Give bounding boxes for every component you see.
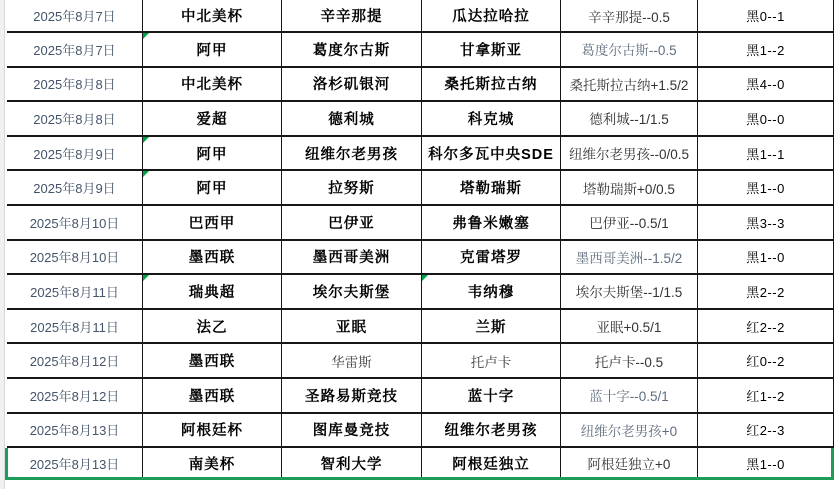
league-cell[interactable]: 瑞典超 (143, 275, 282, 308)
home-team-text: 智利大学 (321, 453, 383, 474)
home-team-cell[interactable]: 德利城 (282, 102, 422, 135)
result-text: 黑2--2 (746, 282, 785, 301)
home-team-text: 德利城 (328, 108, 375, 129)
away-team-text: 科克城 (468, 108, 515, 129)
handicap-text: 纽维尔老男孩--0/0.5 (569, 143, 689, 163)
away-team-cell[interactable]: 甘拿斯亚 (422, 33, 561, 66)
date-text: 2025年8月12日 (30, 386, 120, 405)
handicap-text: 埃尔夫斯堡--1/1.5 (576, 281, 683, 301)
handicap-cell[interactable]: 阿根廷独立+0 (561, 448, 698, 478)
away-team-cell[interactable]: 韦纳穆 (422, 275, 561, 308)
results-table: 2025年8月7日 中北美杯 辛辛那提 瓜达拉哈拉 辛辛那提--0.5 黑0--… (7, 0, 834, 478)
away-team-cell[interactable]: 兰斯 (422, 310, 561, 343)
home-team-cell[interactable]: 埃尔夫斯堡 (282, 275, 422, 308)
away-team-cell[interactable]: 纽维尔老男孩 (422, 414, 561, 447)
result-text: 黑1--0 (746, 178, 785, 197)
league-text: 爱超 (197, 108, 228, 129)
table-row: 2025年8月9日 阿甲 拉努斯 塔勒瑞斯 塔勒瑞斯+0/0.5 黑1--0 (7, 171, 834, 206)
league-cell[interactable]: 墨西联 (143, 241, 282, 274)
date-text: 2025年8月13日 (30, 420, 120, 439)
league-text: 中北美杯 (181, 73, 243, 94)
result-cell[interactable]: 黑0--0 (698, 102, 834, 135)
result-text: 黑0--1 (746, 6, 785, 25)
league-text: 瑞典超 (189, 281, 236, 302)
league-text: 南美杯 (189, 453, 236, 474)
away-team-text: 桑托斯拉古纳 (445, 73, 538, 94)
error-marker-icon (143, 275, 149, 281)
home-team-cell[interactable]: 拉努斯 (282, 171, 422, 204)
sheet-left-gutter (0, 0, 5, 489)
result-text: 黑1--0 (746, 454, 785, 473)
table-row: 2025年8月9日 阿甲 纽维尔老男孩 科尔多瓦中央SDE 纽维尔老男孩--0/… (7, 137, 834, 172)
handicap-text: 亚眠+0.5/1 (597, 316, 662, 336)
result-cell[interactable]: 黑4--0 (698, 68, 834, 101)
date-text: 2025年8月9日 (33, 144, 115, 163)
away-team-cell[interactable]: 蓝十字 (422, 379, 561, 412)
home-team-cell[interactable]: 墨西哥美洲 (282, 241, 422, 274)
home-team-text: 墨西哥美洲 (313, 246, 391, 267)
table-row: 2025年8月8日 爱超 德利城 科克城 德利城--1/1.5 黑0--0 (7, 102, 834, 137)
error-marker-icon (143, 33, 149, 39)
table-row: 2025年8月10日 墨西联 墨西哥美洲 克雷塔罗 墨西哥美洲--1.5/2 黑… (7, 241, 834, 276)
date-text: 2025年8月11日 (30, 282, 119, 301)
league-text: 阿根廷杯 (181, 419, 243, 440)
spreadsheet-view: 2025年8月7日 中北美杯 辛辛那提 瓜达拉哈拉 辛辛那提--0.5 黑0--… (0, 0, 838, 489)
date-cell[interactable]: 2025年8月9日 (7, 137, 143, 170)
handicap-text: 辛辛那提--0.5 (588, 6, 670, 26)
home-team-cell[interactable]: 华雷斯 (282, 344, 422, 377)
league-cell[interactable]: 巴西甲 (143, 206, 282, 239)
date-text: 2025年8月10日 (30, 247, 120, 266)
away-team-cell[interactable]: 阿根廷独立 (422, 448, 561, 478)
handicap-text: 德利城--1/1.5 (589, 108, 669, 128)
home-team-cell[interactable]: 纽维尔老男孩 (282, 137, 422, 170)
result-text: 红1--2 (746, 386, 785, 405)
league-cell[interactable]: 墨西联 (143, 344, 282, 377)
table-row: 2025年8月11日 瑞典超 埃尔夫斯堡 韦纳穆 埃尔夫斯堡--1/1.5 黑2… (7, 275, 834, 310)
result-cell[interactable]: 黑2--2 (698, 275, 834, 308)
handicap-text: 巴伊亚--0.5/1 (589, 212, 669, 232)
table-row: 2025年8月12日 墨西联 圣路易斯竞技 蓝十字 蓝十字--0.5/1 红1-… (7, 379, 834, 414)
result-text: 黑3--3 (746, 213, 785, 232)
result-text: 黑0--0 (746, 109, 785, 128)
table-row: 2025年8月10日 巴西甲 巴伊亚 弗鲁米嫩塞 巴伊亚--0.5/1 黑3--… (7, 206, 834, 241)
date-cell[interactable]: 2025年8月9日 (7, 171, 143, 204)
away-team-cell[interactable]: 桑托斯拉古纳 (422, 68, 561, 101)
table-row: 2025年8月13日 阿根廷杯 图库曼竞技 纽维尔老男孩 纽维尔老男孩+0 红2… (7, 414, 834, 449)
handicap-text: 蓝十字--0.5/1 (589, 385, 669, 405)
error-marker-icon (143, 171, 149, 177)
league-text: 法乙 (197, 316, 228, 337)
result-text: 红2--2 (746, 317, 785, 336)
table-row: 2025年8月13日 南美杯 智利大学 阿根廷独立 阿根廷独立+0 黑1--0 (7, 448, 834, 478)
result-cell[interactable]: 红2--2 (698, 310, 834, 343)
result-cell[interactable]: 红1--2 (698, 379, 834, 412)
date-text: 2025年8月13日 (30, 454, 120, 473)
home-team-cell[interactable]: 图库曼竞技 (282, 414, 422, 447)
league-text: 墨西联 (189, 350, 236, 371)
home-team-text: 图库曼竞技 (313, 419, 391, 440)
away-team-cell[interactable]: 科尔多瓦中央SDE (422, 137, 561, 170)
date-text: 2025年8月7日 (33, 40, 115, 59)
away-team-cell[interactable]: 托卢卡 (422, 344, 561, 377)
result-cell[interactable]: 黑1--2 (698, 33, 834, 66)
league-cell[interactable]: 南美杯 (143, 448, 282, 478)
table-row: 2025年8月7日 中北美杯 辛辛那提 瓜达拉哈拉 辛辛那提--0.5 黑0--… (7, 0, 834, 33)
table-row: 2025年8月12日 墨西联 华雷斯 托卢卡 托卢卡--0.5 红0--2 (7, 344, 834, 379)
handicap-text: 托卢卡--0.5 (595, 351, 663, 371)
away-team-text: 甘拿斯亚 (460, 39, 522, 60)
home-team-cell[interactable]: 洛杉矶银河 (282, 68, 422, 101)
date-cell[interactable]: 2025年8月7日 (7, 0, 143, 31)
result-text: 黑1--2 (746, 40, 785, 59)
selection-border-left (5, 448, 8, 478)
away-team-cell[interactable]: 瓜达拉哈拉 (422, 0, 561, 31)
date-cell[interactable]: 2025年8月8日 (7, 68, 143, 101)
handicap-cell[interactable]: 墨西哥美洲--1.5/2 (561, 241, 698, 274)
home-team-cell[interactable]: 巴伊亚 (282, 206, 422, 239)
home-team-text: 埃尔夫斯堡 (313, 281, 391, 302)
handicap-cell[interactable]: 托卢卡--0.5 (561, 344, 698, 377)
away-team-text: 纽维尔老男孩 (445, 419, 538, 440)
league-cell[interactable]: 法乙 (143, 310, 282, 343)
home-team-cell[interactable]: 圣路易斯竞技 (282, 379, 422, 412)
result-cell[interactable]: 黑0--1 (698, 0, 834, 31)
date-cell[interactable]: 2025年8月10日 (7, 241, 143, 274)
home-team-cell[interactable]: 智利大学 (282, 448, 422, 478)
league-cell[interactable]: 阿甲 (143, 137, 282, 170)
away-team-text: 阿根廷独立 (452, 453, 530, 474)
home-team-text: 辛辛那提 (321, 5, 383, 26)
away-team-text: 兰斯 (476, 316, 507, 337)
handicap-cell[interactable]: 纽维尔老男孩+0 (561, 414, 698, 447)
date-cell[interactable]: 2025年8月7日 (7, 33, 143, 66)
league-cell[interactable]: 墨西联 (143, 379, 282, 412)
result-text: 黑4--0 (746, 74, 785, 93)
away-team-text: 弗鲁米嫩塞 (452, 212, 530, 233)
handicap-cell[interactable]: 辛辛那提--0.5 (561, 0, 698, 31)
league-text: 巴西甲 (189, 212, 236, 233)
handicap-cell[interactable]: 葛度尔古斯--0.5 (561, 33, 698, 66)
home-team-text: 葛度尔古斯 (313, 39, 391, 60)
selection-border-bottom (5, 477, 834, 480)
date-text: 2025年8月10日 (30, 213, 120, 232)
league-cell[interactable]: 阿根廷杯 (143, 414, 282, 447)
result-text: 黑1--1 (746, 144, 785, 163)
date-cell[interactable]: 2025年8月11日 (7, 310, 143, 343)
league-cell[interactable]: 中北美杯 (143, 0, 282, 31)
league-cell[interactable]: 中北美杯 (143, 68, 282, 101)
away-team-cell[interactable]: 科克城 (422, 102, 561, 135)
handicap-cell[interactable]: 塔勒瑞斯+0/0.5 (561, 171, 698, 204)
league-text: 阿甲 (197, 39, 228, 60)
handicap-cell[interactable]: 纽维尔老男孩--0/0.5 (561, 137, 698, 170)
result-cell[interactable]: 黑1--0 (698, 171, 834, 204)
date-text: 2025年8月11日 (30, 317, 119, 336)
away-team-text: 托卢卡 (471, 351, 512, 371)
away-team-cell[interactable]: 弗鲁米嫩塞 (422, 206, 561, 239)
error-marker-icon (422, 275, 428, 281)
result-cell[interactable]: 红0--2 (698, 344, 834, 377)
home-team-text: 巴伊亚 (328, 212, 375, 233)
handicap-cell[interactable]: 埃尔夫斯堡--1/1.5 (561, 275, 698, 308)
result-text: 红0--2 (746, 351, 785, 370)
league-text: 中北美杯 (181, 5, 243, 26)
date-cell[interactable]: 2025年8月12日 (7, 379, 143, 412)
date-cell[interactable]: 2025年8月8日 (7, 102, 143, 135)
away-team-text: 蓝十字 (468, 385, 515, 406)
handicap-text: 纽维尔老男孩+0 (581, 420, 677, 440)
date-cell[interactable]: 2025年8月13日 (7, 448, 143, 478)
result-text: 黑1--0 (746, 247, 785, 266)
home-team-text: 纽维尔老男孩 (305, 143, 398, 164)
handicap-text: 阿根廷独立+0 (588, 453, 671, 473)
result-cell[interactable]: 红2--3 (698, 414, 834, 447)
league-text: 墨西联 (189, 385, 236, 406)
handicap-text: 塔勒瑞斯+0/0.5 (583, 178, 675, 198)
league-cell[interactable]: 阿甲 (143, 171, 282, 204)
away-team-text: 韦纳穆 (468, 281, 515, 302)
date-text: 2025年8月8日 (33, 74, 115, 93)
away-team-cell[interactable]: 塔勒瑞斯 (422, 171, 561, 204)
table-row: 2025年8月7日 阿甲 葛度尔古斯 甘拿斯亚 葛度尔古斯--0.5 黑1--2 (7, 33, 834, 68)
home-team-text: 拉努斯 (328, 177, 375, 198)
date-text: 2025年8月9日 (33, 178, 115, 197)
away-team-text: 克雷塔罗 (460, 246, 522, 267)
away-team-text: 瓜达拉哈拉 (452, 5, 530, 26)
home-team-cell[interactable]: 葛度尔古斯 (282, 33, 422, 66)
result-cell[interactable]: 黑1--0 (698, 448, 834, 478)
handicap-cell[interactable]: 亚眠+0.5/1 (561, 310, 698, 343)
result-cell[interactable]: 黑1--0 (698, 241, 834, 274)
away-team-text: 科尔多瓦中央SDE (428, 143, 554, 164)
home-team-text: 圣路易斯竞技 (305, 385, 398, 406)
selection-border-right (831, 448, 834, 478)
handicap-text: 墨西哥美洲--1.5/2 (576, 247, 683, 267)
handicap-cell[interactable]: 德利城--1/1.5 (561, 102, 698, 135)
table-row: 2025年8月11日 法乙 亚眠 兰斯 亚眠+0.5/1 红2--2 (7, 310, 834, 345)
league-text: 墨西联 (189, 246, 236, 267)
home-team-text: 洛杉矶银河 (313, 73, 391, 94)
date-text: 2025年8月7日 (33, 6, 115, 25)
table-row: 2025年8月8日 中北美杯 洛杉矶银河 桑托斯拉古纳 桑托斯拉古纳+1.5/2… (7, 68, 834, 103)
result-cell[interactable]: 黑1--1 (698, 137, 834, 170)
league-text: 阿甲 (197, 177, 228, 198)
home-team-text: 华雷斯 (331, 351, 372, 371)
handicap-text: 葛度尔古斯--0.5 (581, 39, 676, 59)
date-cell[interactable]: 2025年8月13日 (7, 414, 143, 447)
date-text: 2025年8月12日 (30, 351, 120, 370)
league-cell[interactable]: 爱超 (143, 102, 282, 135)
league-cell[interactable]: 阿甲 (143, 33, 282, 66)
home-team-cell[interactable]: 辛辛那提 (282, 0, 422, 31)
home-team-text: 亚眠 (336, 316, 367, 337)
league-text: 阿甲 (197, 143, 228, 164)
error-marker-icon (143, 137, 149, 143)
handicap-cell[interactable]: 桑托斯拉古纳+1.5/2 (561, 68, 698, 101)
handicap-cell[interactable]: 蓝十字--0.5/1 (561, 379, 698, 412)
handicap-text: 桑托斯拉古纳+1.5/2 (570, 74, 689, 94)
result-text: 红2--3 (746, 420, 785, 439)
date-cell[interactable]: 2025年8月12日 (7, 344, 143, 377)
away-team-text: 塔勒瑞斯 (460, 177, 522, 198)
away-team-cell[interactable]: 克雷塔罗 (422, 241, 561, 274)
date-text: 2025年8月8日 (33, 109, 115, 128)
home-team-cell[interactable]: 亚眠 (282, 310, 422, 343)
handicap-cell[interactable]: 巴伊亚--0.5/1 (561, 206, 698, 239)
date-cell[interactable]: 2025年8月10日 (7, 206, 143, 239)
date-cell[interactable]: 2025年8月11日 (7, 275, 143, 308)
result-cell[interactable]: 黑3--3 (698, 206, 834, 239)
